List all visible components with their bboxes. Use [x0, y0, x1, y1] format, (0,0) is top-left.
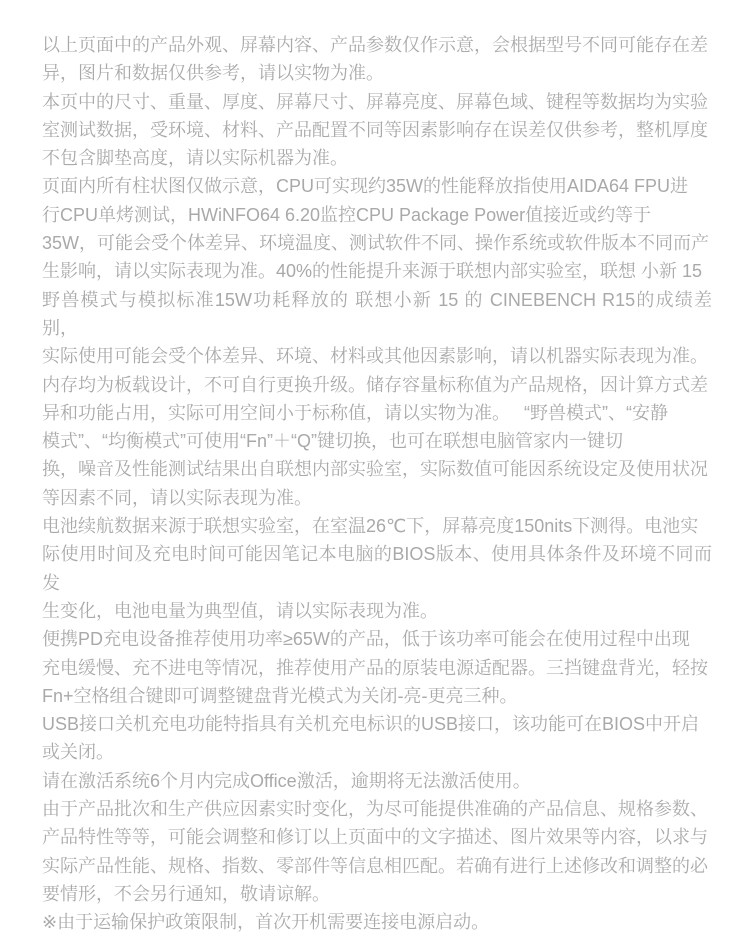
- disclaimer-paragraph-9: ※由于运输保护政策限制，首次开机需要连接电源启动。: [42, 908, 712, 936]
- disclaimer-paragraph-6: USB接口关机充电功能特指具有关机充电标识的USB接口，该功能可在BIOS中开启…: [42, 710, 712, 767]
- disclaimer-paragraph-4: 电池续航数据来源于联想实验室，在室温26℃下，屏幕亮度150nits下测得。电池…: [42, 512, 712, 625]
- disclaimer-paragraph-1: 以上页面中的产品外观、屏幕内容、产品参数仅作示意，会根据型号不同可能存在差 异，…: [42, 31, 712, 88]
- disclaimer-paragraph-7: 请在激活系统6个月内完成Office激活，逾期将无法激活使用。: [42, 767, 712, 795]
- disclaimer-paragraph-3: 页面内所有柱状图仅做示意，CPU可实现约35W的性能释放指使用AIDA64 FP…: [42, 172, 712, 512]
- disclaimer-paragraph-5: 便携PD充电设备推荐使用功率≥65W的产品，低于该功率可能会在使用过程中出现 充…: [42, 625, 712, 710]
- disclaimer-paragraph-8: 由于产品批次和生产供应因素实时变化，为尽可能提供准确的产品信息、规格参数、 产品…: [42, 795, 712, 908]
- disclaimer-paragraph-2: 本页中的尺寸、重量、厚度、屏幕尺寸、屏幕亮度、屏幕色域、键程等数据均为实验 室测…: [42, 88, 712, 173]
- disclaimer-text: 以上页面中的产品外观、屏幕内容、产品参数仅作示意，会根据型号不同可能存在差 异，…: [0, 0, 750, 937]
